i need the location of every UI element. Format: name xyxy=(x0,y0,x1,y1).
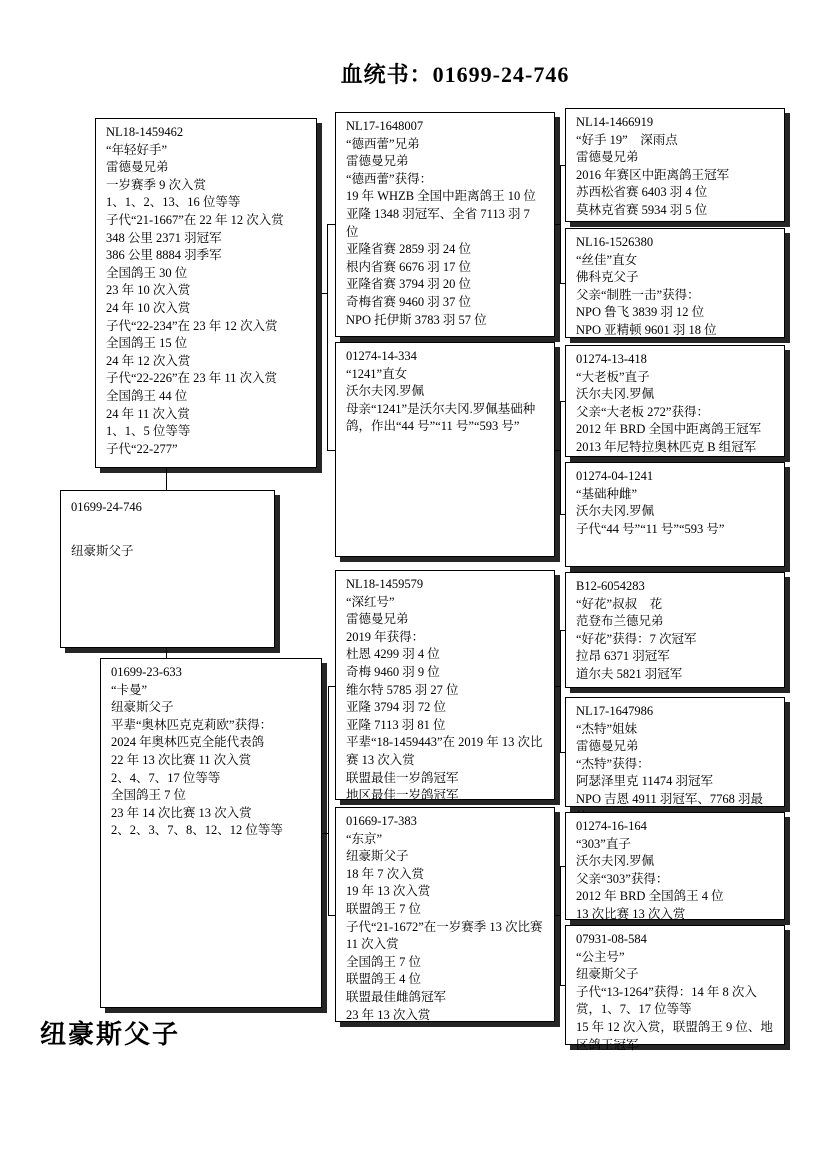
pedigree-line: 全国鸽王 15 位 xyxy=(106,335,306,353)
pedigree-line: NPO 亚精顿 9601 羽 18 位 xyxy=(576,322,774,340)
pedigree-line: 亚隆 1348 羽冠军、全省 7113 羽 7 位 xyxy=(346,206,544,241)
pedigree-page: 血统书：01699-24-746 NL18-1459462“年轻好手”雷德曼兄弟… xyxy=(0,0,820,1159)
connector-line xyxy=(560,630,561,752)
pedigree-line: 2019 年获得： xyxy=(346,629,544,647)
pedigree-line: 1、1、5 位等等 xyxy=(106,423,306,441)
pedigree-line: 23 年 14 次比赛 13 次入赏 xyxy=(111,805,311,823)
pedigree-line: 01274-04-1241 xyxy=(576,468,774,486)
pedigree-line: 范登布兰德兄弟 xyxy=(576,613,774,631)
connector-line xyxy=(166,648,167,658)
pedigree-line: 2024 年奥林匹克全能代表鸽 xyxy=(111,734,311,752)
pedigree-line: 全国鸽王 30 位 xyxy=(106,265,306,283)
pedigree-line: “丝佳”直女 xyxy=(576,252,774,270)
pedigree-box-greatgrandparent-4: 01274-04-1241“基础种雌”沃尔夫冈.罗佩子代“44 号”“11 号”… xyxy=(565,462,785,567)
pedigree-box-dam: 01699-23-633“卡曼”纽豪斯父子平辈“奥林匹克克莉欧”获得：2024 … xyxy=(100,658,322,1008)
pedigree-line: 24 年 12 次入赏 xyxy=(106,353,306,371)
pedigree-line: 24 年 10 次入赏 xyxy=(106,300,306,318)
pedigree-line: 全国鸽王 7 位 xyxy=(346,954,544,972)
pedigree-line: 2、2、3、7、8、12、12 位等等 xyxy=(111,822,311,840)
pedigree-line: 子代“22-277” xyxy=(106,441,306,459)
pedigree-line: 杜恩 4299 羽 4 位 xyxy=(346,646,544,664)
pedigree-line: 子代“21-1667”在 22 年 12 次入赏 xyxy=(106,212,306,230)
pedigree-line: 01274-13-418 xyxy=(576,351,774,369)
pedigree-line: NL17-1647986 xyxy=(576,703,774,721)
pedigree-box-greatgrandparent-8: 07931-08-584“公主号”纽豪斯父子子代“13-1264”获得：14 年… xyxy=(565,925,785,1045)
pedigree-line: 联盟最佳雌鸽冠军 xyxy=(346,989,544,1007)
connector-line xyxy=(560,514,565,515)
pedigree-line: NL14-1466919 xyxy=(576,114,774,132)
pedigree-line: NL18-1459462 xyxy=(106,124,306,142)
pedigree-line: 2013 年尼特拉奥林匹克 B 组冠军 xyxy=(576,439,774,457)
pedigree-line: 亚隆 7113 羽 81 位 xyxy=(346,717,544,735)
pedigree-line: 沃尔夫冈.罗佩 xyxy=(576,853,774,871)
pedigree-line: 01669-17-383 xyxy=(346,813,544,831)
pedigree-line: 父亲“制胜一击”获得： xyxy=(576,287,774,305)
pedigree-line: 19 年 WHZB 全国中距离鸽王 10 位 xyxy=(346,188,544,206)
connector-line xyxy=(560,752,565,753)
connector-line xyxy=(560,165,561,283)
pedigree-line: 根内省赛 6676 羽 17 位 xyxy=(346,259,544,277)
connector-line xyxy=(327,224,328,450)
pedigree-box-greatgrandparent-5: B12-6054283“好花”叔叔 花范登布兰德兄弟“好花”获得：7 次冠军拉昂… xyxy=(565,572,785,688)
pedigree-line: 23 年 10 次入赏 xyxy=(106,282,306,300)
pedigree-line: “深红号” xyxy=(346,594,544,612)
connector-line xyxy=(328,915,335,916)
pedigree-line: 子代“13-1264”获得：14 年 8 次入赏，1、7、17 位等等 xyxy=(576,984,774,1019)
pedigree-line: 雷德曼兄弟 xyxy=(576,738,774,756)
pedigree-line: NL16-1526380 xyxy=(576,234,774,252)
pedigree-line: 19 年 13 次入赏 xyxy=(346,883,544,901)
pedigree-box-subject: 01699-24-746 纽豪斯父子 xyxy=(60,490,275,648)
pedigree-box-greatgrandparent-7: 01274-16-164“303”直子沃尔夫冈.罗佩父亲“303”获得：2012… xyxy=(565,812,785,920)
pedigree-line: 2012 年 BRD 全国鸽王 4 位 xyxy=(576,888,774,906)
pedigree-line: 348 公里 2371 羽冠军 xyxy=(106,230,306,248)
pedigree-line: 道尔夫 5821 羽冠军 xyxy=(576,666,774,684)
pedigree-line: 父亲“大老板 272”获得： xyxy=(576,404,774,422)
pedigree-box-grandparent-1: NL17-1648007“德西蕾”兄弟雷德曼兄弟“德西蕾”获得：19 年 WHZ… xyxy=(335,112,555,337)
pedigree-line: 拉昂 6371 羽冠军 xyxy=(576,648,774,666)
pedigree-line: 全国鸽王 7 位 xyxy=(111,787,311,805)
pedigree-line: 莫林克省赛 5934 羽 5 位 xyxy=(576,202,774,220)
pedigree-line: 子代“22-234”在 23 年 12 次入赏 xyxy=(106,318,306,336)
pedigree-line: 平辈“奥林匹克克莉欧”获得： xyxy=(111,717,311,735)
pedigree-line: 雷德曼兄弟 xyxy=(576,149,774,167)
pedigree-line: 苏西松省赛 6403 羽 4 位 xyxy=(576,184,774,202)
pedigree-line: 24 年 11 次入赏 xyxy=(106,406,306,424)
pedigree-line: 01274-16-164 xyxy=(576,818,774,836)
connector-line xyxy=(560,401,565,402)
connector-line xyxy=(560,401,561,514)
pedigree-line: “好手 19” 深雨点 xyxy=(576,132,774,150)
connector-line xyxy=(560,165,565,166)
pedigree-line: 父亲“303”获得： xyxy=(576,871,774,889)
pedigree-box-greatgrandparent-3: 01274-13-418“大老板”直子沃尔夫冈.罗佩父亲“大老板 272”获得：… xyxy=(565,345,785,457)
pedigree-line: 15 年 12 次入赏，联盟鸽王 9 位、地区鸽王冠军 xyxy=(576,1019,774,1054)
pedigree-line: “年轻好手” xyxy=(106,142,306,160)
connector-line xyxy=(560,985,565,986)
pedigree-line: 2、4、7、17 位等等 xyxy=(111,770,311,788)
pedigree-line: 纽豪斯父子 xyxy=(111,699,311,717)
pedigree-line: 2016 年赛区中距离鸽王冠军 xyxy=(576,167,774,185)
pedigree-line: “东京” xyxy=(346,831,544,849)
pedigree-box-greatgrandparent-2: NL16-1526380“丝佳”直女佛科克父子父亲“制胜一击”获得：NPO 鲁飞… xyxy=(565,228,785,338)
pedigree-line: 07931-08-584 xyxy=(576,931,774,949)
pedigree-line: 联盟最佳一岁鸽冠军 xyxy=(346,770,544,788)
pedigree-line: NL17-1648007 xyxy=(346,118,544,136)
connector-line xyxy=(560,866,565,867)
pedigree-line: 联盟鸽王 7 位 xyxy=(346,901,544,919)
pedigree-line: 沃尔夫冈.罗佩 xyxy=(576,386,774,404)
pedigree-line xyxy=(71,518,264,540)
pedigree-line: “德西蕾”兄弟 xyxy=(346,136,544,154)
pedigree-box-grandparent-2: 01274-14-334“1241”直女沃尔夫冈.罗佩母亲“1241”是沃尔夫冈… xyxy=(335,342,555,557)
pedigree-line: 雷德曼兄弟 xyxy=(346,153,544,171)
pedigree-line: 01274-14-334 xyxy=(346,348,544,366)
pedigree-line: 地区最佳一岁鸽冠军 xyxy=(346,787,544,805)
pedigree-line: 奇梅省赛 9460 羽 37 位 xyxy=(346,294,544,312)
pedigree-line: 佛科克父子 xyxy=(576,269,774,287)
pedigree-line: “1241”直女 xyxy=(346,366,544,384)
pedigree-line: NPO 托伊斯 3783 羽 57 位 xyxy=(346,312,544,330)
pedigree-line: 23 年 13 次入赏 xyxy=(346,1007,544,1025)
pedigree-line: 子代“44 号”“11 号”“593 号” xyxy=(576,521,774,539)
pedigree-line: 亚隆省赛 2859 羽 24 位 xyxy=(346,241,544,259)
pedigree-line: 雷德曼兄弟 xyxy=(346,611,544,629)
pedigree-line: 386 公里 8884 羽季军 xyxy=(106,247,306,265)
connector-line xyxy=(560,866,561,985)
connector-line xyxy=(560,630,565,631)
connector-line xyxy=(327,224,335,225)
pedigree-box-sire: NL18-1459462“年轻好手”雷德曼兄弟一岁赛季 9 次入赏1、1、2、1… xyxy=(95,118,317,468)
pedigree-line: “303”直子 xyxy=(576,836,774,854)
pedigree-line: “大老板”直子 xyxy=(576,369,774,387)
page-title: 血统书：01699-24-746 xyxy=(45,58,820,89)
pedigree-line: 沃尔夫冈.罗佩 xyxy=(346,383,544,401)
connector-line xyxy=(328,686,329,915)
pedigree-line: NPO 鲁飞 3839 羽 12 位 xyxy=(576,304,774,322)
pedigree-line: 平辈“18-1459443”在 2019 年 13 次比赛 13 次入赏 xyxy=(346,734,544,769)
pedigree-line: 纽豪斯父子 xyxy=(346,848,544,866)
pedigree-line: 子代“21-1672”在一岁赛季 13 次比赛 11 次入赏 xyxy=(346,919,544,954)
pedigree-line: 22 年 13 次比赛 11 次入赏 xyxy=(111,752,311,770)
pedigree-line: 01699-23-633 xyxy=(111,664,311,682)
pedigree-line: B12-6054283 xyxy=(576,578,774,596)
pedigree-line: 雷德曼兄弟 xyxy=(106,159,306,177)
pedigree-box-grandparent-4: 01669-17-383“东京”纽豪斯父子18 年 7 次入赏19 年 13 次… xyxy=(335,807,555,1022)
pedigree-line: 子代“22-226”在 23 年 11 次入赏 xyxy=(106,370,306,388)
pedigree-line: 1、1、2、13、16 位等等 xyxy=(106,194,306,212)
pedigree-line: “基础种雌” xyxy=(576,486,774,504)
pedigree-line: 亚隆省赛 3794 羽 20 位 xyxy=(346,276,544,294)
pedigree-line: “杰特”获得： xyxy=(576,756,774,774)
connector-line xyxy=(327,450,335,451)
pedigree-line: 亚隆 3794 羽 72 位 xyxy=(346,699,544,717)
pedigree-line: “卡曼” xyxy=(111,682,311,700)
pedigree-line: 01699-24-746 xyxy=(71,496,264,518)
connector-line xyxy=(166,468,167,490)
pedigree-line: NL18-1459579 xyxy=(346,576,544,594)
pedigree-line: “德西蕾”获得： xyxy=(346,171,544,189)
pedigree-line: “好花”获得：7 次冠军 xyxy=(576,631,774,649)
pedigree-line: “杰特”姐妹 xyxy=(576,721,774,739)
pedigree-line: 18 年 7 次入赏 xyxy=(346,866,544,884)
pedigree-box-grandparent-3: NL18-1459579“深红号”雷德曼兄弟2019 年获得：杜恩 4299 羽… xyxy=(335,570,555,800)
connector-line xyxy=(328,686,335,687)
pedigree-line: 奇梅 9460 羽 9 位 xyxy=(346,664,544,682)
pedigree-box-greatgrandparent-6: NL17-1647986“杰特”姐妹雷德曼兄弟“杰特”获得：阿瑟泽里克 1147… xyxy=(565,697,785,807)
pedigree-line: 纽豪斯父子 xyxy=(576,966,774,984)
pedigree-line: 维尔特 5785 羽 27 位 xyxy=(346,682,544,700)
connector-line xyxy=(560,283,565,284)
pedigree-line: 联盟鸽王 4 位 xyxy=(346,971,544,989)
pedigree-line: “公主号” xyxy=(576,949,774,967)
pedigree-line: 13 次比赛 13 次入赏 xyxy=(576,906,774,924)
pedigree-box-greatgrandparent-1: NL14-1466919“好手 19” 深雨点雷德曼兄弟2016 年赛区中距离鸽… xyxy=(565,108,785,222)
pedigree-line: 阿瑟泽里克 11474 羽冠军 xyxy=(576,773,774,791)
pedigree-line: 一岁赛季 9 次入赏 xyxy=(106,177,306,195)
pedigree-line: 母亲“1241”是沃尔夫冈.罗佩基础种鸽，作出“44 号”“11 号”“593 … xyxy=(346,401,544,436)
pedigree-line: 2012 年 BRD 全国中距离鸽王冠军 xyxy=(576,421,774,439)
pedigree-line: 全国鸽王 44 位 xyxy=(106,388,306,406)
pedigree-line: 沃尔夫冈.罗佩 xyxy=(576,503,774,521)
footer-loft-name: 纽豪斯父子 xyxy=(40,1014,180,1051)
pedigree-line: 纽豪斯父子 xyxy=(71,540,264,562)
pedigree-line: “好花”叔叔 花 xyxy=(576,596,774,614)
